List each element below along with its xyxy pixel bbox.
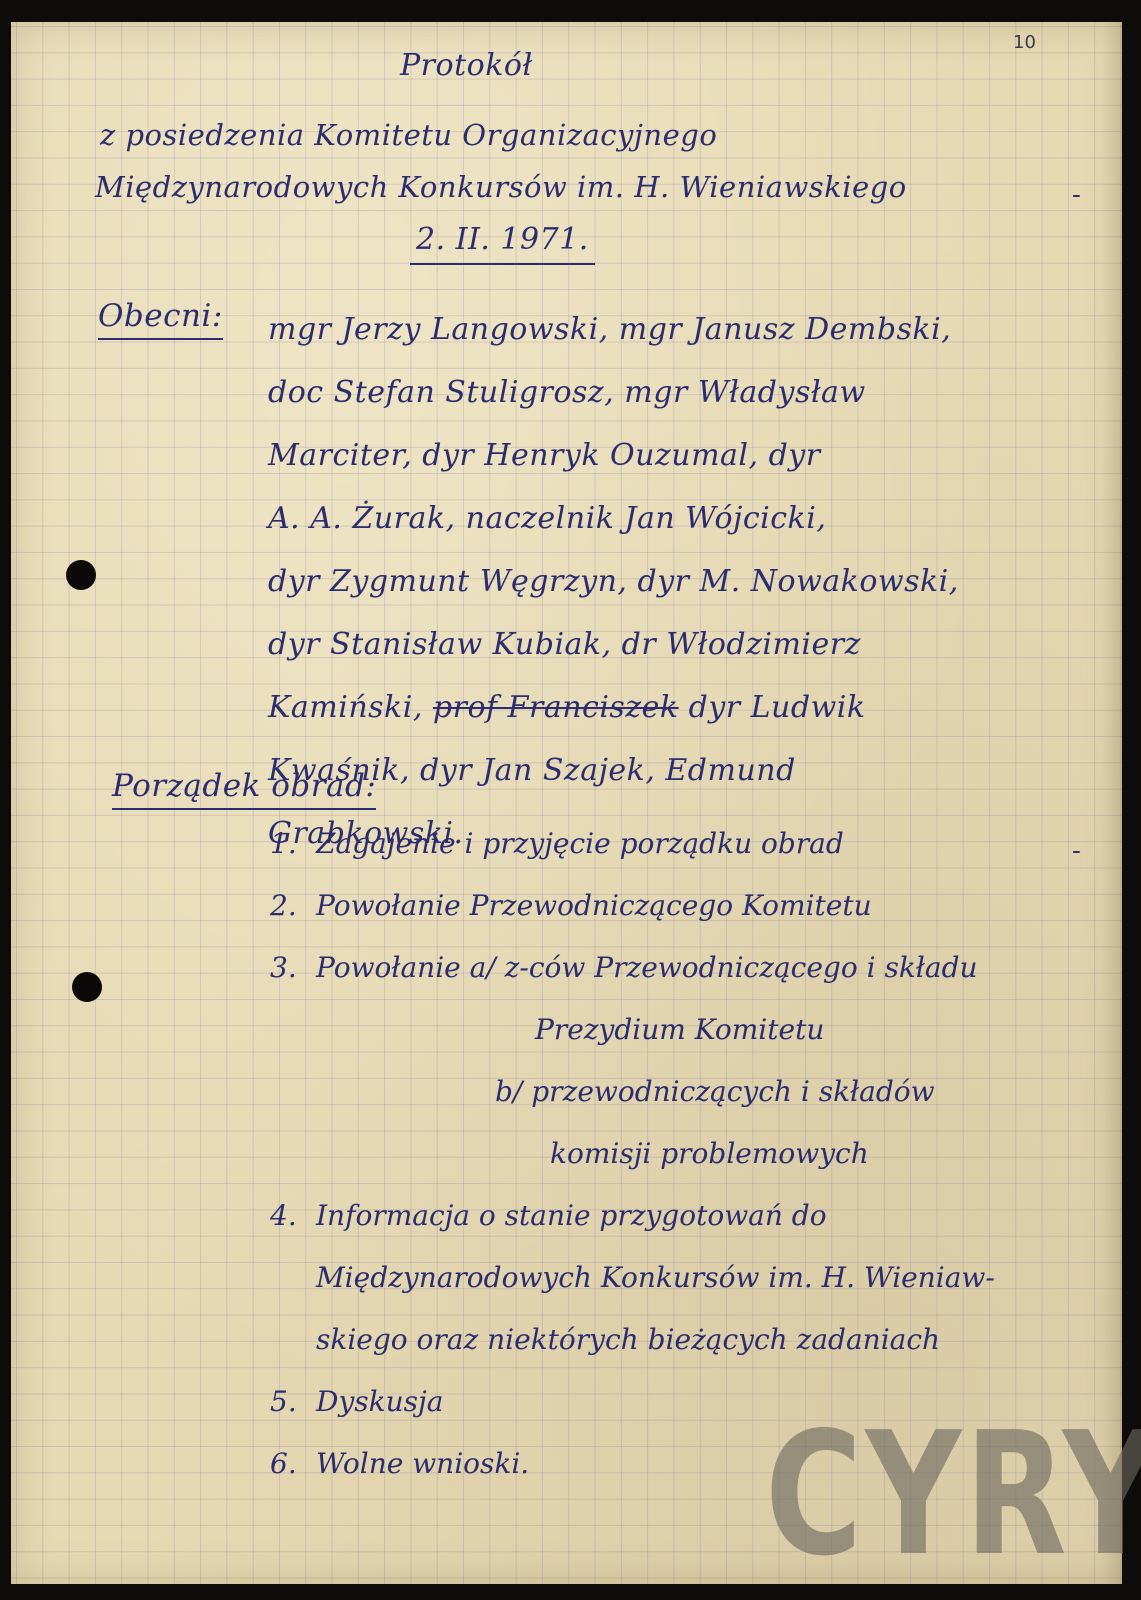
agenda-item-continuation: komisji problemowych <box>270 1122 1100 1184</box>
agenda-number: 1. <box>270 827 316 860</box>
punch-hole <box>72 972 102 1002</box>
document-date: 2. II. 1971. <box>410 222 595 265</box>
agenda-text: Informacja o stanie przygotowań do <box>316 1199 827 1232</box>
agenda-item-continuation: skiego oraz niektórych bieżących zadania… <box>270 1308 1100 1370</box>
margin-dash: - <box>1072 836 1081 866</box>
agenda-text: komisji problemowych <box>550 1137 869 1170</box>
document-title: Protokół <box>400 48 533 83</box>
agenda-list: 1.Zagajenie i przyjęcie porządku obrad 2… <box>270 812 1100 1494</box>
agenda-label: Porządek obrad: <box>112 768 376 810</box>
agenda-item: 1.Zagajenie i przyjęcie porządku obrad <box>270 812 1100 874</box>
agenda-text: Dyskusja <box>316 1385 443 1418</box>
attendance-text: Kamiński, <box>268 690 423 725</box>
agenda-text: b/ przewodniczących i składów <box>495 1075 935 1108</box>
agenda-text: Międzynarodowych Konkursów im. H. Wienia… <box>316 1261 995 1294</box>
page-number: 10 <box>1013 32 1036 53</box>
agenda-number: 5. <box>270 1385 316 1418</box>
attendance-list: mgr Jerzy Langowski, mgr Janusz Dembski,… <box>268 298 1088 865</box>
agenda-text: skiego oraz niektórych bieżących zadania… <box>316 1323 940 1356</box>
agenda-text: Zagajenie i przyjęcie porządku obrad <box>316 827 844 860</box>
agenda-text: Powołanie a/ z-ców Przewodniczącego i sk… <box>316 951 978 984</box>
agenda-item-continuation: Prezydium Komitetu <box>270 998 1100 1060</box>
cyryl-watermark-logo: CYRYL <box>765 1410 1141 1580</box>
agenda-number: 2. <box>270 889 316 922</box>
agenda-subitem: b/ przewodniczących i składów <box>270 1060 1100 1122</box>
agenda-item: 2.Powołanie Przewodniczącego Komitetu <box>270 874 1100 936</box>
margin-dash: - <box>1072 180 1081 210</box>
attendance-text: dyr Ludwik <box>689 690 866 725</box>
attendance-line: A. A. Żurak, naczelnik Jan Wójcicki, <box>268 487 1088 550</box>
attendance-line: Marciter, dyr Henryk Ouzumal, dyr <box>268 424 1088 487</box>
agenda-text: Wolne wnioski. <box>316 1447 529 1480</box>
struck-out-text: prof Franciszek <box>433 690 679 725</box>
agenda-number: 3. <box>270 951 316 984</box>
attendance-line: dyr Stanisław Kubiak, dr Włodzimierz <box>268 613 1088 676</box>
agenda-item-continuation: Międzynarodowych Konkursów im. H. Wienia… <box>270 1246 1100 1308</box>
agenda-text: Powołanie Przewodniczącego Komitetu <box>316 889 872 922</box>
punch-hole <box>66 560 96 590</box>
attendance-line: Kamiński, prof Franciszek dyr Ludwik <box>268 676 1088 739</box>
attendance-line: doc Stefan Stuligrosz, mgr Władysław <box>268 361 1088 424</box>
agenda-text: Prezydium Komitetu <box>535 1013 824 1046</box>
attendance-label: Obecni: <box>98 298 223 340</box>
document-subtitle-line1: z posiedzenia Komitetu Organizacyjnego <box>100 118 717 152</box>
agenda-item: 4.Informacja o stanie przygotowań do <box>270 1184 1100 1246</box>
agenda-item: 3.Powołanie a/ z-ców Przewodniczącego i … <box>270 936 1100 998</box>
agenda-number: 6. <box>270 1447 316 1480</box>
attendance-line: Kwaśnik, dyr Jan Szajek, Edmund <box>268 739 1088 802</box>
attendance-line: mgr Jerzy Langowski, mgr Janusz Dembski, <box>268 298 1088 361</box>
attendance-line: dyr Zygmunt Węgrzyn, dyr M. Nowakowski, <box>268 550 1088 613</box>
page-edge-shading <box>1102 22 1122 1584</box>
agenda-number: 4. <box>270 1199 316 1232</box>
document-subtitle-line2: Międzynarodowych Konkursów im. H. Wienia… <box>95 170 907 204</box>
